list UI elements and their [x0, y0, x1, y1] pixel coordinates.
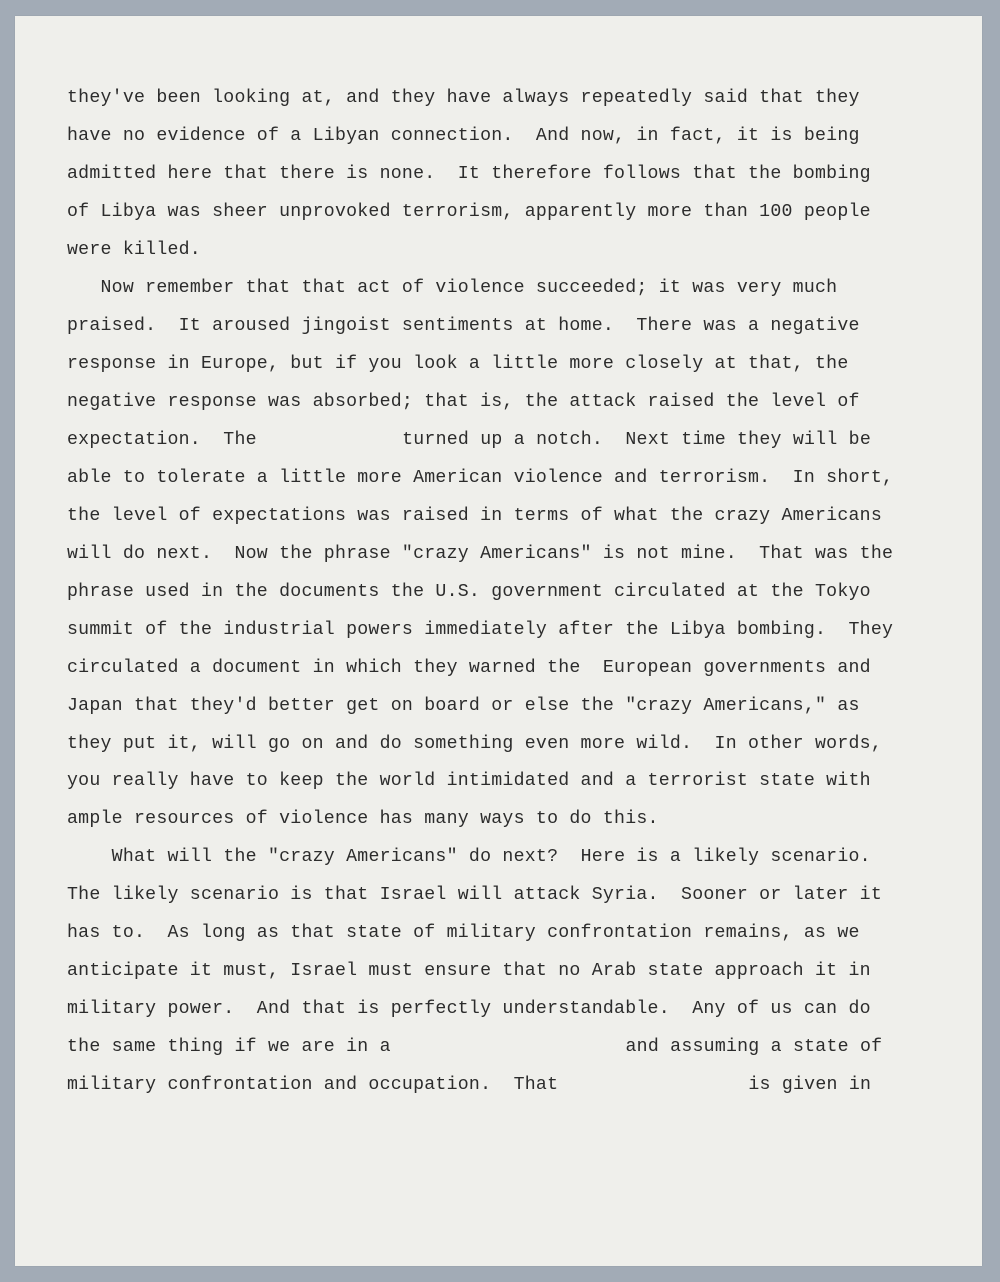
text-line: The likely scenario is that Israel will …: [15, 883, 915, 907]
text-line: expectation. Theturned up a notch. Next …: [15, 428, 915, 452]
text-segment: they put it, will go on and do something…: [67, 732, 882, 756]
text-segment: and assuming a state of: [626, 1035, 883, 1059]
document-page: they've been looking at, and they have a…: [15, 16, 982, 1266]
text-segment: circulated a document in which they warn…: [67, 656, 871, 680]
text-line: has to. As long as that state of militar…: [15, 921, 915, 945]
text-segment: were killed.: [67, 238, 201, 262]
text-line: military confrontation and occupation. T…: [15, 1073, 915, 1097]
text-segment: military power. And that is perfectly un…: [67, 997, 871, 1021]
text-line: summit of the industrial powers immediat…: [15, 618, 915, 642]
text-segment: is given in: [748, 1073, 871, 1097]
text-segment: summit of the industrial powers immediat…: [67, 618, 893, 642]
text-line: ample resources of violence has many way…: [15, 807, 915, 831]
text-line: circulated a document in which they warn…: [15, 656, 915, 680]
text-line: anticipate it must, Israel must ensure t…: [15, 959, 915, 983]
text-segment: ample resources of violence has many way…: [67, 807, 659, 831]
text-segment: phrase used in the documents the U.S. go…: [67, 580, 871, 604]
text-segment: the same thing if we are in a: [67, 1035, 391, 1059]
text-line: have no evidence of a Libyan connection.…: [15, 124, 915, 148]
text-segment: will do next. Now the phrase "crazy Amer…: [67, 542, 893, 566]
text-segment: praised. It aroused jingoist sentiments …: [67, 314, 860, 338]
text-segment: Japan that they'd better get on board or…: [67, 694, 860, 718]
text-line: admitted here that there is none. It the…: [15, 162, 915, 186]
text-line: Japan that they'd better get on board or…: [15, 694, 915, 718]
text-line: they've been looking at, and they have a…: [15, 86, 915, 110]
text-line: will do next. Now the phrase "crazy Amer…: [15, 542, 915, 566]
text-line: negative response was absorbed; that is,…: [15, 390, 915, 414]
text-line: the same thing if we are in aand assumin…: [15, 1035, 915, 1059]
text-line: of Libya was sheer unprovoked terrorism,…: [15, 200, 915, 224]
text-line: phrase used in the documents the U.S. go…: [15, 580, 915, 604]
text-segment: The likely scenario is that Israel will …: [67, 883, 882, 907]
text-segment: anticipate it must, Israel must ensure t…: [67, 959, 871, 983]
text-segment: of Libya was sheer unprovoked terrorism,…: [67, 200, 871, 224]
text-segment: the level of expectations was raised in …: [67, 504, 882, 528]
text-segment: turned up a notch. Next time they will b…: [402, 428, 871, 452]
text-line: you really have to keep the world intimi…: [15, 769, 915, 793]
text-segment: has to. As long as that state of militar…: [67, 921, 860, 945]
text-segment: response in Europe, but if you look a li…: [67, 352, 849, 376]
text-segment: expectation. The: [67, 428, 257, 452]
text-line: praised. It aroused jingoist sentiments …: [15, 314, 915, 338]
text-segment: Now remember that that act of violence s…: [101, 276, 838, 300]
text-line: they put it, will go on and do something…: [15, 732, 915, 756]
text-line: military power. And that is perfectly un…: [15, 997, 915, 1021]
text-segment: negative response was absorbed; that is,…: [67, 390, 860, 414]
text-line: Now remember that that act of violence s…: [15, 276, 915, 300]
text-line: the level of expectations was raised in …: [15, 504, 915, 528]
text-segment: able to tolerate a little more American …: [67, 466, 893, 490]
text-segment: they've been looking at, and they have a…: [67, 86, 860, 110]
text-segment: admitted here that there is none. It the…: [67, 162, 871, 186]
text-segment: have no evidence of a Libyan connection.…: [67, 124, 860, 148]
text-line: were killed.: [15, 238, 915, 262]
text-segment: What will the "crazy Americans" do next?…: [112, 845, 871, 869]
text-segment: you really have to keep the world intimi…: [67, 769, 871, 793]
text-line: What will the "crazy Americans" do next?…: [15, 845, 915, 869]
text-line: response in Europe, but if you look a li…: [15, 352, 915, 376]
text-line: able to tolerate a little more American …: [15, 466, 915, 490]
text-segment: military confrontation and occupation. T…: [67, 1073, 558, 1097]
